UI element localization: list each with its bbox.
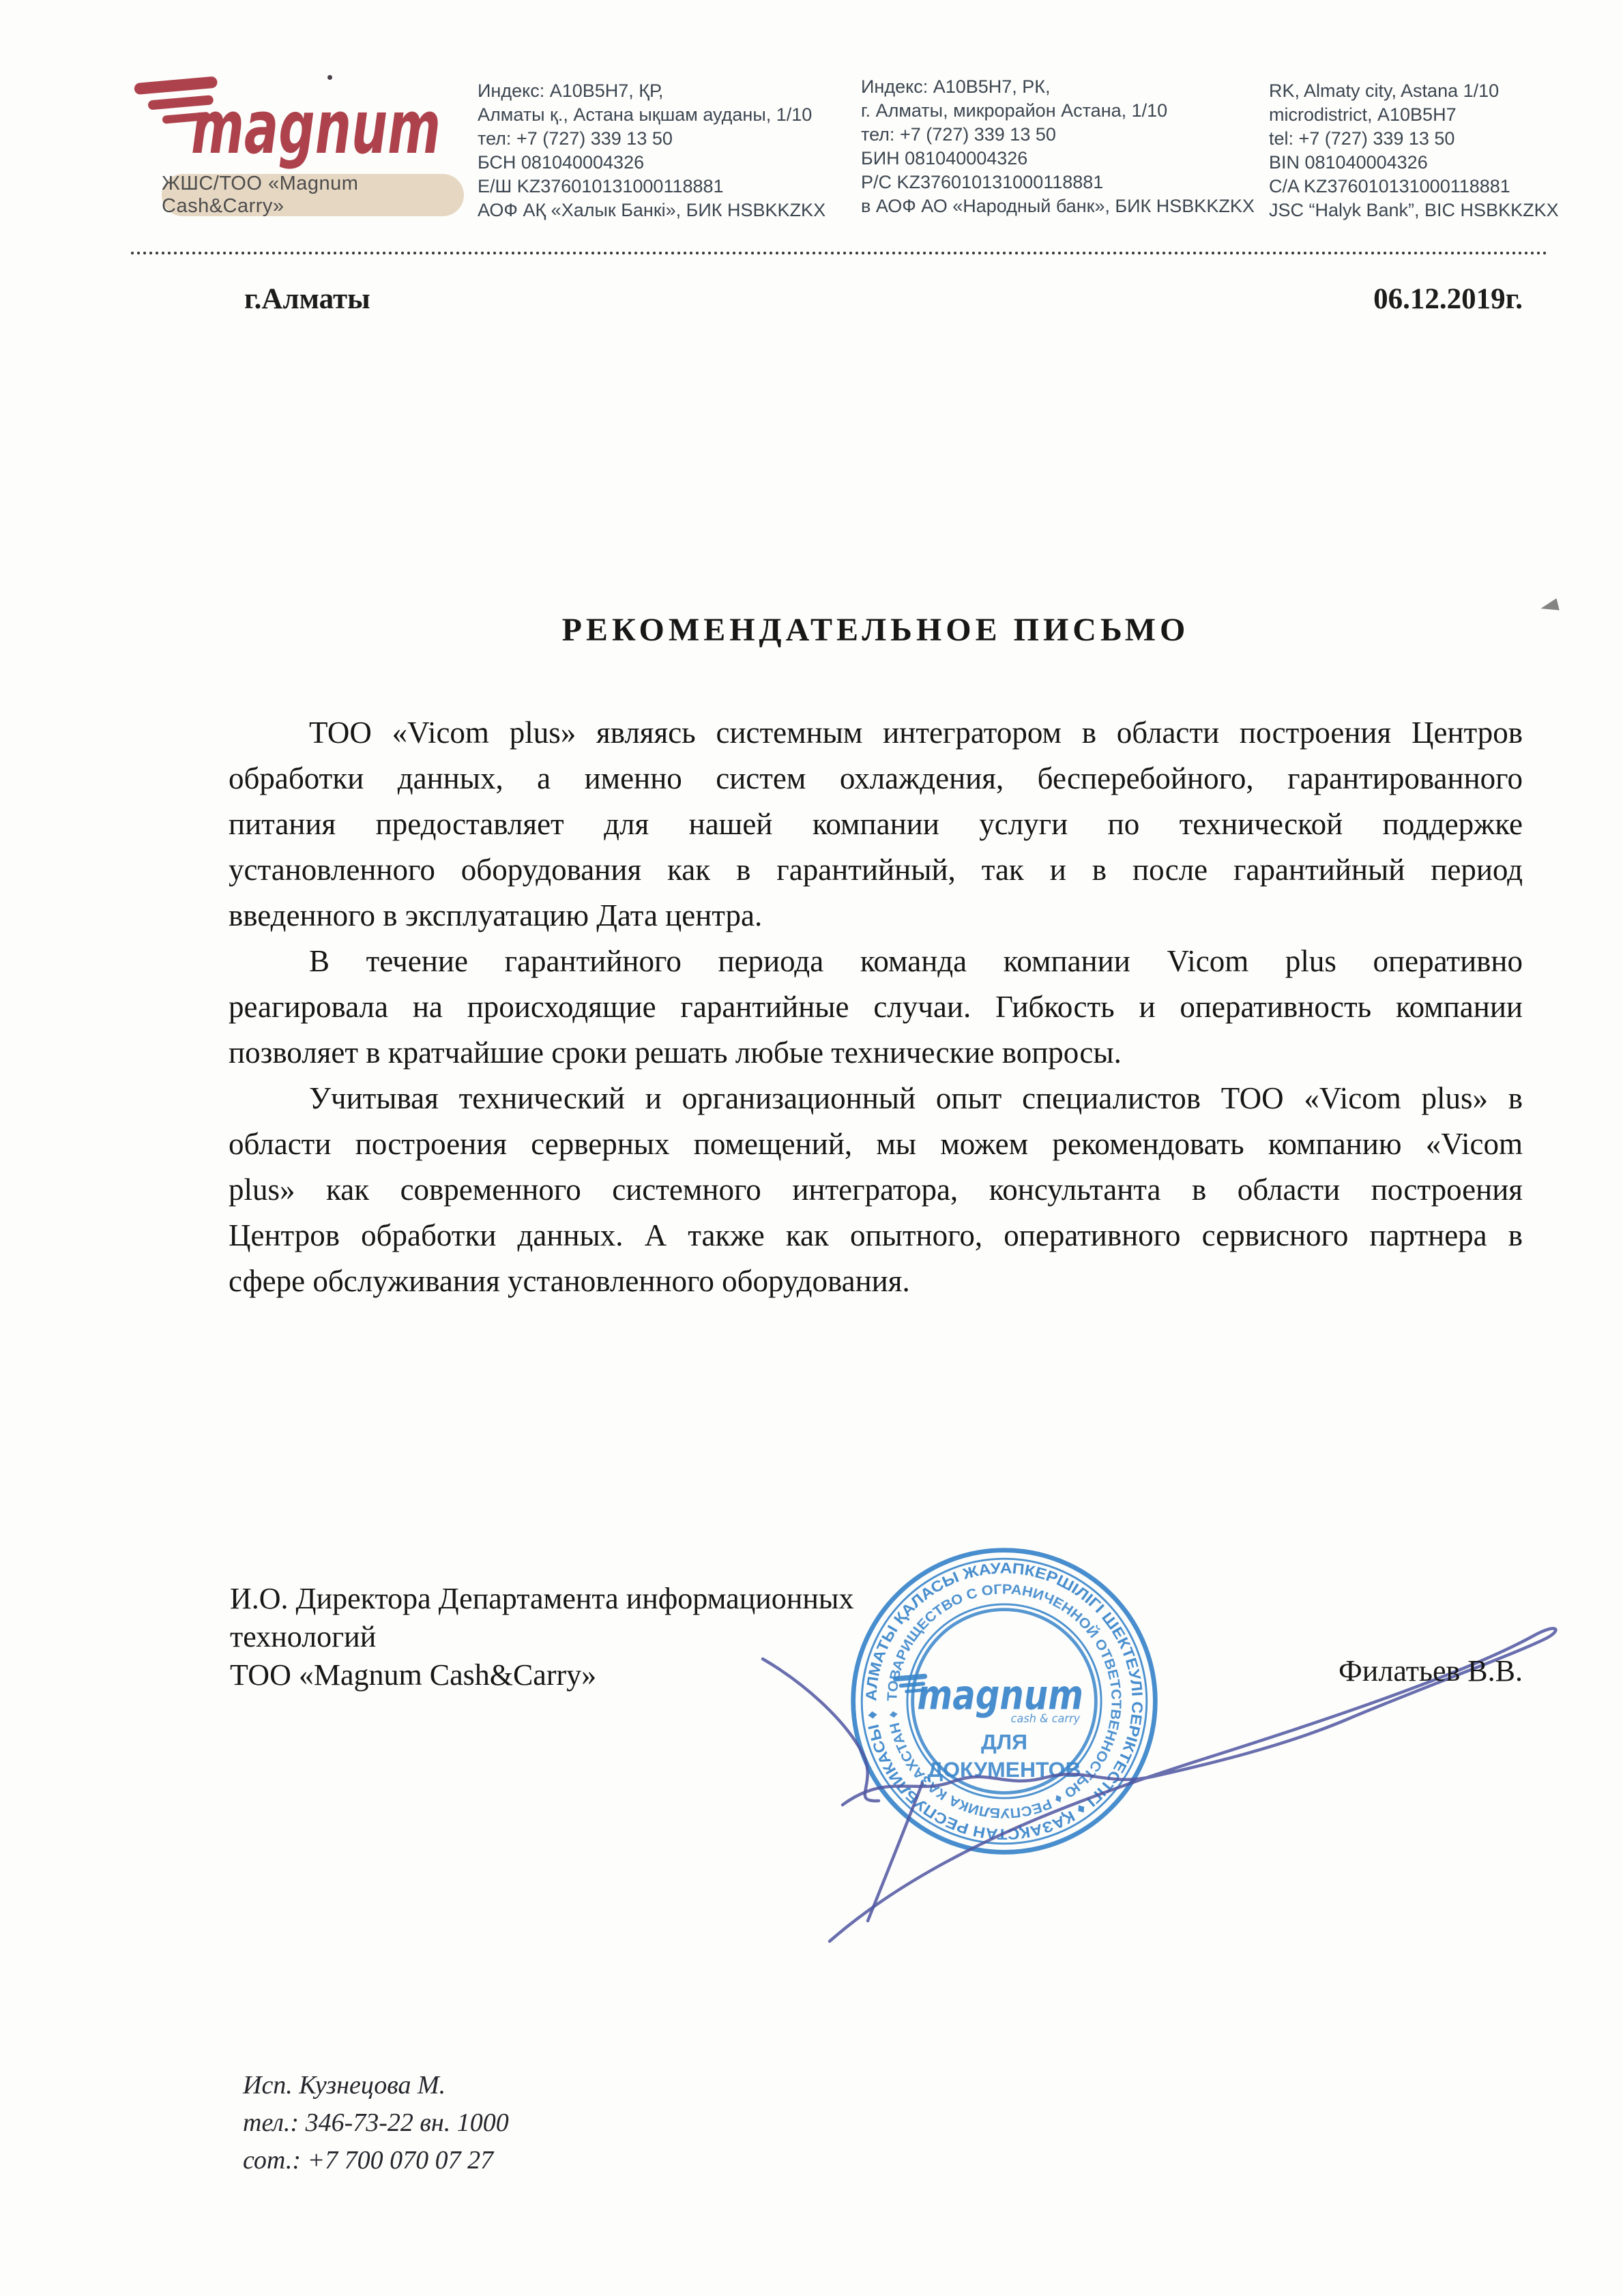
- body-line: области построения серверных помещений, …: [229, 1121, 1523, 1167]
- executor-name: Исп. Кузнецова М.: [243, 2067, 509, 2104]
- contact-column-en: RK, Almaty city, Astana 1/10 microdistri…: [1269, 79, 1559, 222]
- body-line: введенного в эксплуатацию Дата центра.: [229, 893, 1523, 939]
- company-pill: ЖШС/ТОО «Magnum Cash&Carry»: [162, 174, 464, 216]
- body-line: В течение гарантийного периода команда к…: [229, 939, 1523, 984]
- body-line: Учитывая технический и организационный о…: [229, 1076, 1523, 1121]
- contact-line: БИН 081040004326: [861, 147, 1255, 171]
- contact-line: АОФ АҚ «Халык Банкі», БИК HSBKKZKX: [478, 198, 825, 222]
- dotted-divider: [130, 251, 1547, 256]
- contact-line: тел: +7 (727) 339 13 50: [861, 123, 1255, 147]
- city-label: г.Алматы: [244, 282, 370, 316]
- executor-phone: тел.: 346-73-22 вн. 1000: [243, 2104, 509, 2142]
- signature-stroke: [763, 1659, 879, 1801]
- magnum-logo: magnum: [128, 68, 449, 176]
- body-line: plus» как современного системного интегр…: [229, 1167, 1523, 1213]
- company-pill-label: ЖШС/ТОО «Magnum Cash&Carry»: [162, 173, 464, 218]
- body-line: установленного оборудования как в гарант…: [229, 847, 1523, 893]
- body-line: обработки данных, а именно систем охлажд…: [229, 756, 1523, 801]
- contact-line: г. Алматы, микрорайон Астана, 1/10: [861, 99, 1255, 123]
- body-line: питания предоставляет для нашей компании…: [229, 801, 1523, 847]
- handwritten-signature: [710, 1589, 1610, 1999]
- paragraph-3: Учитывая технический и организационный о…: [229, 1076, 1523, 1304]
- contact-line: Р/С KZ376010131000118881: [861, 171, 1255, 194]
- body-line: Центров обработки данных. А также как оп…: [229, 1213, 1523, 1259]
- contact-line: БСН 081040004326: [478, 151, 825, 175]
- scan-artifact-triangle: [1539, 598, 1560, 615]
- signer-name: Филатьев В.В.: [1160, 1653, 1523, 1688]
- contact-line: Индекс: А10В5Н7, РК,: [861, 75, 1255, 99]
- body-line: позволяет в кратчайшие сроки решать любы…: [229, 1030, 1523, 1076]
- executor-mobile: сот.: +7 700 070 07 27: [243, 2142, 509, 2179]
- contact-line: BIN 081040004326: [1269, 151, 1559, 175]
- body-line: реагировала на происходящие гарантийные …: [229, 984, 1523, 1030]
- contact-line: Алматы қ., Астана ықшам ауданы, 1/10: [478, 103, 825, 127]
- contact-line: тел: +7 (727) 339 13 50: [478, 127, 825, 151]
- letter-body: ТОО «Vicom plus» являясь системным интег…: [229, 710, 1523, 1304]
- contact-column-kz: Индекс: А10В5Н7, ҚР, Алматы қ., Астана ы…: [478, 79, 825, 222]
- contact-line: JSC “Halyk Bank”, BIC HSBKKZKX: [1269, 198, 1559, 222]
- contact-line: microdistrict, А10В5Н7: [1269, 103, 1559, 127]
- contact-line: Индекс: А10В5Н7, ҚР,: [478, 79, 825, 103]
- letter-page: magnum ЖШС/ТОО «Magnum Cash&Carry» Индек…: [0, 0, 1623, 2296]
- paragraph-2: В течение гарантийного периода команда к…: [229, 939, 1523, 1076]
- contact-line: C/A KZ376010131000118881: [1269, 175, 1559, 198]
- body-line: сфере обслуживания установленного оборуд…: [229, 1259, 1523, 1304]
- signature-stroke: [868, 1783, 922, 1921]
- contact-line: Е/Ш KZ376010131000118881: [478, 175, 825, 198]
- contact-line: tel: +7 (727) 339 13 50: [1269, 127, 1559, 151]
- date-label: 06.12.2019г.: [1160, 282, 1523, 316]
- scan-artifact-dot: [327, 75, 332, 80]
- executor-block: Исп. Кузнецова М. тел.: 346-73-22 вн. 10…: [243, 2067, 509, 2179]
- paragraph-1: ТОО «Vicom plus» являясь системным интег…: [229, 710, 1523, 939]
- contact-column-ru: Индекс: А10В5Н7, РК, г. Алматы, микрорай…: [861, 75, 1255, 218]
- contact-line: в АОФ АО «Народный банк», БИК HSBKKZKX: [861, 194, 1255, 218]
- body-line: ТОО «Vicom plus» являясь системным интег…: [229, 710, 1523, 756]
- contact-line: RK, Almaty city, Astana 1/10: [1269, 79, 1559, 103]
- letter-title: РЕКОМЕНДАТЕЛЬНОЕ ПИСЬМО: [229, 611, 1523, 649]
- brand-wordmark: magnum: [191, 85, 441, 171]
